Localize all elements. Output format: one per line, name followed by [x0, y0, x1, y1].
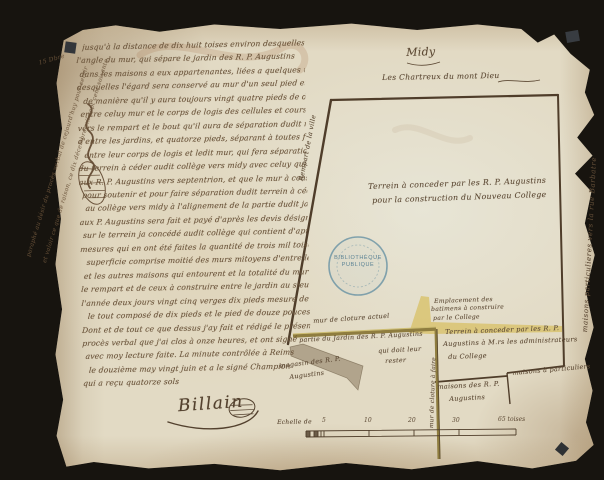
garden-label-line3: rester [385, 357, 406, 365]
scale-tick: 10 [364, 417, 372, 424]
scale-bar-filled-division-2 [314, 431, 318, 437]
scale-bar [306, 429, 516, 437]
fastener-mark-top-left [64, 41, 76, 53]
stamp-line1: BIBLIOTHÈQUE [331, 255, 385, 262]
scale-tick: 30 [452, 417, 460, 424]
library-stamp-text: BIBLIOTHÈQUE PUBLIQUE [331, 255, 385, 269]
scale-tick: 20 [408, 417, 416, 424]
verso-showthrough-stain-2 [395, 127, 470, 140]
subtitle-trailing-flourish [498, 80, 540, 82]
scale-tick-labels: 510203065 toises [300, 417, 540, 429]
fastener-mark-bottom-right [555, 442, 569, 456]
scale-tick: 5 [322, 417, 326, 424]
stamp-line2: PUBLIQUE [331, 262, 385, 269]
scanned-archival-document: jusqu'à la distance de dix huit toises e… [0, 0, 604, 480]
scale-bar-filled-division [306, 431, 310, 437]
midy-underline-flourish [407, 62, 440, 65]
houses-divider-line [507, 373, 510, 404]
plan-orientation-label: Midy [406, 45, 436, 59]
fastener-mark-top-right [565, 30, 580, 43]
terrain-south-label-line3: du College [448, 352, 487, 361]
manuscript-text-block: jusqu'à la distance de dix huit toises e… [76, 36, 311, 390]
scale-tick: 65 toises [498, 416, 525, 423]
parcel-top-boundary [331, 95, 558, 100]
